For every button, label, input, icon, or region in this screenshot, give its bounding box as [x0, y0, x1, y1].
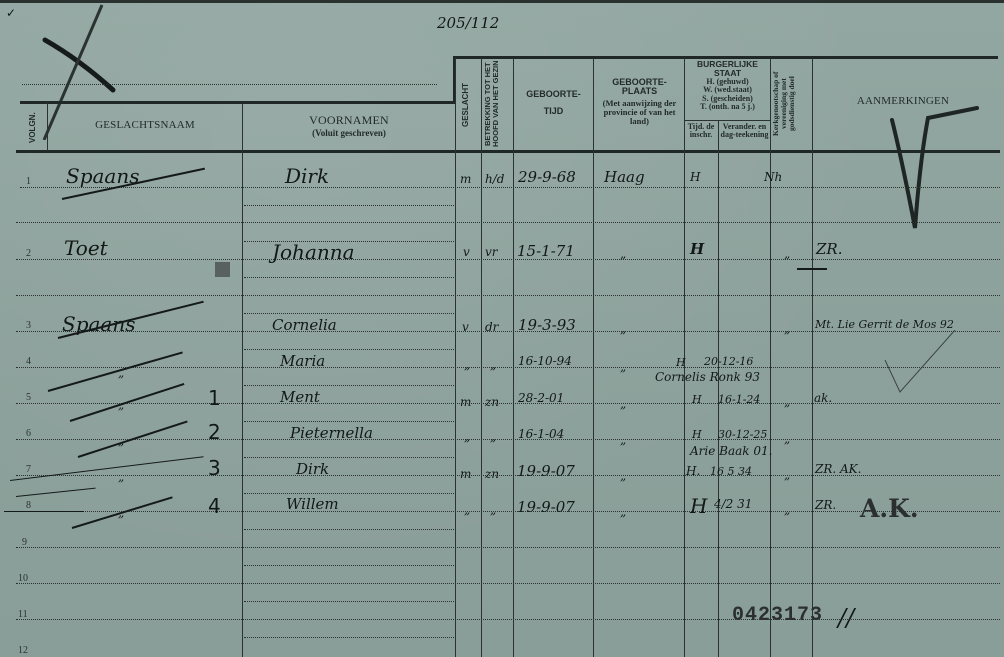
birth-date: 16-1-04: [518, 427, 564, 441]
header-voornamen-block: VOORNAMEN (Voluit geschreven): [243, 114, 455, 138]
row-rule-6: [16, 439, 1000, 440]
row-number: 8: [26, 500, 31, 511]
header-burgerlijke-staat-block: BURGERLIJKE STAAT H. (gehuwd) W. (wed.st…: [685, 60, 770, 111]
row-number: 7: [26, 464, 31, 475]
status-change: 16 5 34: [710, 465, 752, 478]
child-index: 1: [208, 386, 221, 410]
civil-status: H: [690, 240, 704, 258]
ak-stamp: A.K.: [860, 494, 919, 523]
large-check-mark-icon: [880, 100, 980, 240]
church: „: [784, 322, 790, 336]
church: „: [784, 247, 790, 261]
birth-date: 15-1-71: [517, 242, 575, 260]
header-bottom-rule: [16, 150, 1000, 153]
header-geboortetijd-line1: GEBOORTE-: [514, 90, 593, 99]
surname: „: [118, 506, 124, 520]
strike-through: [48, 351, 183, 392]
subrule-9b: [244, 565, 454, 566]
subrule-3a: [244, 313, 454, 314]
relation: „: [490, 503, 496, 517]
col-divider-voornamen: [455, 58, 456, 657]
surname: „: [118, 434, 124, 448]
spouse-note: Arie Baak 01.: [690, 444, 772, 458]
row-number: 3: [26, 320, 31, 331]
subrule-3b: [244, 349, 454, 350]
row-rule-1: [20, 187, 1000, 188]
child-index: 2: [208, 420, 221, 444]
strike-through: [16, 488, 96, 497]
first-names: Pieternella: [290, 424, 373, 442]
civil-status: H: [692, 393, 702, 406]
underline-mark: [797, 268, 827, 270]
status-change: 16-1-24: [718, 393, 760, 406]
relation: dr: [485, 320, 498, 334]
church: Nh: [764, 170, 782, 184]
row-rule-9: [16, 547, 1000, 548]
header-volgn: VOLGN.: [29, 108, 37, 148]
remarks: ZR.: [815, 498, 836, 512]
first-names: Dirk: [285, 164, 329, 188]
reference-number: 205/112: [437, 14, 499, 32]
surname: Toet: [64, 236, 108, 260]
row-number: 1: [26, 176, 31, 187]
church: „: [784, 432, 790, 446]
birth-place: „: [620, 247, 626, 261]
header-geboorteplaats-line2: PLAATS: [595, 87, 684, 96]
legend-ontheven: T. (onth. na 5 j.): [685, 103, 770, 111]
first-names: Johanna: [272, 240, 355, 264]
burgerlijke-staat-subrule: [684, 120, 770, 121]
church: „: [784, 468, 790, 482]
row-number: 12: [18, 645, 28, 656]
civil-status: H: [690, 170, 700, 184]
child-index: 4: [208, 494, 221, 518]
relation: „: [490, 358, 496, 372]
relation: vr: [485, 245, 498, 259]
subrule-8b: [244, 529, 454, 530]
underline-mark: [4, 511, 84, 512]
row-rule-4: [16, 367, 1000, 368]
birth-place: Haag: [604, 168, 645, 186]
row-rule-5: [16, 403, 1000, 404]
subrule-2b: [244, 277, 454, 278]
birth-date: 19-9-07: [517, 498, 575, 516]
header-geboortetijd-block: GEBOORTE- TIJD: [514, 90, 593, 117]
sex: „: [464, 503, 470, 517]
birth-place: „: [620, 505, 626, 519]
col-divider-geslacht: [481, 58, 482, 657]
first-names: Dirk: [296, 460, 329, 478]
header-kerkgenootschap: Kerkgenootschap of vereeniging met godsd…: [772, 60, 810, 148]
header-voornamen-sub: (Voluit geschreven): [243, 129, 455, 138]
col-divider-kerkgenootschap: [812, 58, 813, 657]
check-mark: ✓: [6, 6, 16, 20]
relation: zn: [485, 467, 499, 481]
church: „: [784, 395, 790, 409]
subrule-10b: [244, 601, 454, 602]
surname: „: [118, 366, 124, 380]
child-index: 3: [208, 456, 221, 480]
first-names: Cornelia: [272, 316, 337, 334]
surname: „: [118, 398, 124, 412]
row-number: 11: [18, 609, 28, 620]
stamp-mark-icon: [215, 262, 230, 277]
serial-suffix: //: [838, 604, 854, 632]
header-burgerlijke-staat-title: BURGERLIJKE STAAT: [685, 60, 770, 78]
sex: „: [464, 358, 470, 372]
relation: „: [490, 430, 496, 444]
first-names: Ment: [280, 388, 320, 406]
header-top-rule-left: [20, 101, 456, 104]
sex: v: [462, 320, 469, 334]
civil-status: H: [692, 428, 702, 441]
surname: „: [118, 470, 124, 484]
relation: zn: [485, 395, 499, 409]
col-divider-geboortetijd: [593, 58, 594, 657]
church: „: [784, 503, 790, 517]
sex: „: [464, 430, 470, 444]
first-names: Maria: [280, 352, 325, 370]
spouse-note: Cornelis Ronk 93: [655, 370, 760, 384]
remarks: ZR.: [816, 240, 842, 258]
row-number: 9: [22, 537, 27, 548]
sex: v: [463, 245, 470, 259]
header-verander: Verander. en dag-teekening: [719, 123, 770, 140]
header-geslacht: GESLACHT: [462, 62, 470, 148]
sex: m: [460, 467, 471, 481]
row-rule-1b: [16, 222, 1000, 223]
birth-date: 29-9-68: [518, 168, 576, 186]
birth-date: 28-2-01: [518, 391, 564, 405]
header-betrekking: BETREKKING TOT HET HOOFD VAN HET GEZIN: [484, 60, 510, 148]
thin-check-mark-icon: [880, 330, 980, 400]
civil-status: H: [690, 494, 707, 518]
subrule-11b: [244, 637, 454, 638]
subrule-1a: [244, 205, 454, 206]
birth-date: 19-9-07: [517, 462, 575, 480]
civil-status: H.: [686, 464, 700, 478]
header-geboortetijd-line2: TIJD: [514, 107, 593, 116]
birth-place: „: [620, 469, 626, 483]
subrule-5b: [244, 421, 454, 422]
row-number: 6: [26, 428, 31, 439]
serial-stamp: 0423173: [732, 604, 823, 627]
header-tijd-inschr: Tijd. de inschr.: [684, 123, 718, 140]
registration-card: ✓ 205/112 VOLGN. GESLACHTSNAAM VOORNAMEN…: [0, 0, 1004, 657]
subrule-4b: [244, 385, 454, 386]
row-rule-8: [16, 511, 1000, 512]
birth-place: „: [620, 360, 626, 374]
sex: m: [460, 172, 471, 186]
civil-status: H: [676, 356, 686, 369]
col-divider-burgerlijke-staat: [770, 58, 771, 657]
birth-date: 16-10-94: [518, 354, 572, 368]
dotted-title-line: [22, 84, 437, 85]
strike-through: [10, 456, 204, 481]
row-number: 4: [26, 356, 31, 367]
status-change: 20-12-16: [704, 355, 753, 368]
birth-place: „: [620, 433, 626, 447]
row-rule-3: [16, 331, 1000, 332]
header-geboorteplaats-block: GEBOORTE- PLAATS (Met aanwijzing der pro…: [595, 78, 684, 126]
row-rule-2: [16, 259, 1000, 260]
remarks: ZR. AK.: [815, 462, 861, 476]
remarks: ak.: [814, 391, 832, 405]
relation: h/d: [485, 172, 504, 186]
birth-place: „: [620, 322, 626, 336]
sex: m: [460, 395, 471, 409]
header-geslachtsnaam: GESLACHTSNAAM: [48, 120, 242, 132]
row-number: 2: [26, 248, 31, 259]
card-top-edge: [0, 0, 1004, 3]
header-voornamen: VOORNAMEN: [243, 114, 455, 127]
col-divider-tijd-inschr: [718, 120, 719, 657]
col-divider-betrekking: [513, 58, 514, 657]
row-rule-2c: [16, 295, 1000, 296]
subrule-6b: [244, 457, 454, 458]
row-rule-10: [16, 583, 1000, 584]
status-change: 4/2 31: [714, 497, 752, 511]
header-geboorteplaats-sub: (Met aanwijzing der provincie of van het…: [595, 99, 684, 126]
birth-place: „: [620, 397, 626, 411]
row-number: 5: [26, 392, 31, 403]
status-change: 30-12-25: [718, 428, 767, 441]
subrule-7b: [244, 493, 454, 494]
remarks: Mt. Lie Gerrit de Mos 92: [815, 318, 954, 331]
birth-date: 19-3-93: [518, 316, 576, 334]
first-names: Willem: [286, 495, 339, 513]
row-number: 10: [18, 573, 28, 584]
